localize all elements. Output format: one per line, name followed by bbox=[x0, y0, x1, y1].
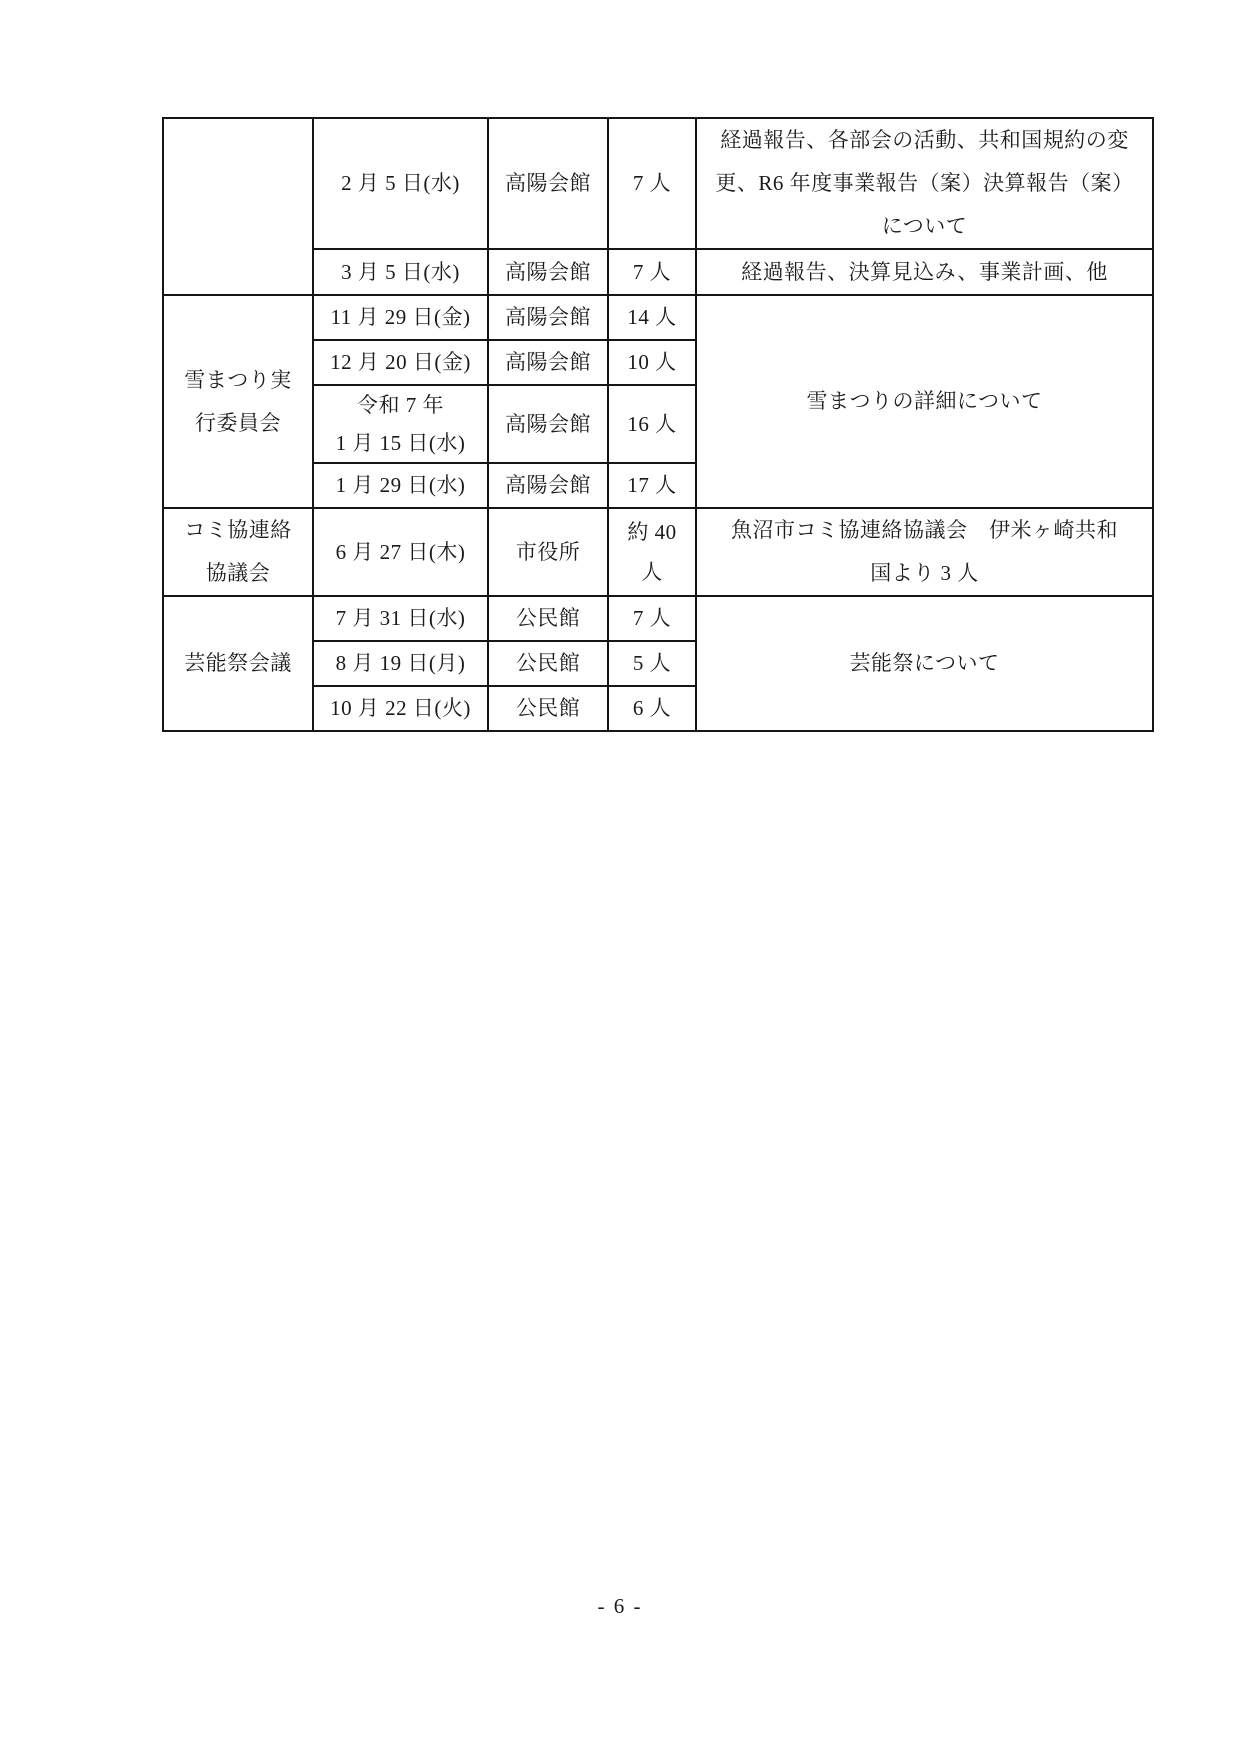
attendance-cell: 7 人 bbox=[608, 118, 696, 249]
topic-cell: 魚沼市コミ協連絡協議会 伊米ヶ崎共和 国より 3 人 bbox=[696, 508, 1153, 596]
attendance-cell: 6 人 bbox=[608, 686, 696, 731]
date-cell: 6 月 27 日(木) bbox=[313, 508, 488, 596]
date-cell: 7 月 31 日(水) bbox=[313, 596, 488, 641]
page-number: - 6 - bbox=[0, 1594, 1240, 1619]
date-cell: 令和 7 年 1 月 15 日(水) bbox=[313, 385, 488, 463]
venue-cell: 市役所 bbox=[488, 508, 608, 596]
venue-cell: 高陽会館 bbox=[488, 463, 608, 508]
date-cell: 1 月 29 日(水) bbox=[313, 463, 488, 508]
date-cell: 10 月 22 日(火) bbox=[313, 686, 488, 731]
date-cell: 8 月 19 日(月) bbox=[313, 641, 488, 686]
attendance-cell: 16 人 bbox=[608, 385, 696, 463]
venue-cell: 高陽会館 bbox=[488, 295, 608, 340]
venue-cell: 高陽会館 bbox=[488, 118, 608, 249]
venue-cell: 高陽会館 bbox=[488, 249, 608, 295]
venue-cell: 公民館 bbox=[488, 641, 608, 686]
date-cell: 3 月 5 日(水) bbox=[313, 249, 488, 295]
topic-cell: 芸能祭について bbox=[696, 596, 1153, 731]
table-row: 芸能祭会議 7 月 31 日(水) 公民館 7 人 芸能祭について bbox=[163, 596, 1153, 641]
attendance-cell: 17 人 bbox=[608, 463, 696, 508]
table-row: 2 月 5 日(水) 高陽会館 7 人 経過報告、各部会の活動、共和国規約の変 … bbox=[163, 118, 1153, 249]
topic-cell: 経過報告、決算見込み、事業計画、他 bbox=[696, 249, 1153, 295]
attendance-cell: 5 人 bbox=[608, 641, 696, 686]
venue-cell: 高陽会館 bbox=[488, 340, 608, 385]
attendance-cell: 7 人 bbox=[608, 596, 696, 641]
date-cell: 2 月 5 日(水) bbox=[313, 118, 488, 249]
table-row: コミ協連絡 協議会 6 月 27 日(木) 市役所 約 40 人 魚沼市コミ協連… bbox=[163, 508, 1153, 596]
venue-cell: 高陽会館 bbox=[488, 385, 608, 463]
venue-cell: 公民館 bbox=[488, 686, 608, 731]
group-cell: コミ協連絡 協議会 bbox=[163, 508, 313, 596]
group-cell: 雪まつり実 行委員会 bbox=[163, 295, 313, 508]
group-cell bbox=[163, 118, 313, 295]
topic-cell: 雪まつりの詳細について bbox=[696, 295, 1153, 508]
date-cell: 11 月 29 日(金) bbox=[313, 295, 488, 340]
attendance-cell: 14 人 bbox=[608, 295, 696, 340]
attendance-cell: 7 人 bbox=[608, 249, 696, 295]
venue-cell: 公民館 bbox=[488, 596, 608, 641]
topic-cell: 経過報告、各部会の活動、共和国規約の変 更、R6 年度事業報告（案）決算報告（案… bbox=[696, 118, 1153, 249]
date-cell: 12 月 20 日(金) bbox=[313, 340, 488, 385]
group-cell: 芸能祭会議 bbox=[163, 596, 313, 731]
attendance-cell: 10 人 bbox=[608, 340, 696, 385]
table-row: 雪まつり実 行委員会 11 月 29 日(金) 高陽会館 14 人 雪まつりの詳… bbox=[163, 295, 1153, 340]
meeting-record-table: 2 月 5 日(水) 高陽会館 7 人 経過報告、各部会の活動、共和国規約の変 … bbox=[162, 117, 1154, 732]
attendance-cell: 約 40 人 bbox=[608, 508, 696, 596]
